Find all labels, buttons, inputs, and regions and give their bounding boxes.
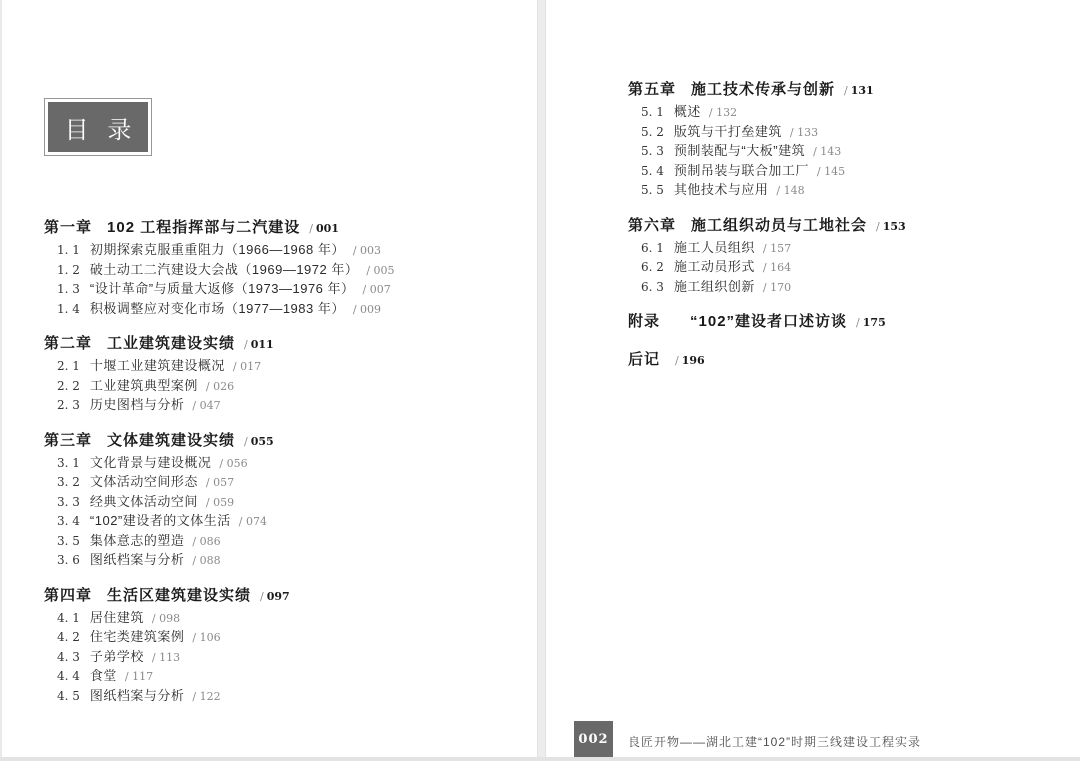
entry-title: 图纸档案与分析 bbox=[90, 688, 185, 703]
entry-title: 工业建筑典型案例 bbox=[90, 378, 198, 393]
entry-number: 3. 6 bbox=[57, 553, 80, 567]
toc-entry: 3. 5集体意志的塑造/ 086 bbox=[44, 532, 395, 552]
right-chapters-flow: 第五章施工技术传承与创新/1315. 1概述/ 1325. 2版筑与干打垒建筑/… bbox=[628, 80, 906, 297]
entry-number: 4. 4 bbox=[57, 669, 80, 683]
entry-number: 5. 1 bbox=[641, 105, 664, 119]
entry-page: / 017 bbox=[233, 360, 261, 373]
page-seam bbox=[537, 0, 546, 761]
entry-number: 2. 1 bbox=[57, 359, 80, 373]
entry-number: 5. 5 bbox=[641, 183, 664, 197]
entry-title: “设计革命”与质量大返修（1973—1976 年） bbox=[90, 281, 355, 296]
entry-page: / 005 bbox=[366, 264, 394, 277]
postscript-page: /196 bbox=[675, 354, 705, 367]
folio-number-badge: 002 bbox=[574, 721, 613, 757]
entry-title: 初期探索克服重重阻力（1966—1968 年） bbox=[90, 242, 345, 257]
entry-page: / 157 bbox=[763, 242, 791, 255]
entry-title: 施工组织创新 bbox=[674, 279, 755, 294]
entry-number: 1. 2 bbox=[57, 263, 80, 277]
entry-page: / 003 bbox=[353, 244, 381, 257]
chapter-page-number: 153 bbox=[883, 220, 906, 233]
chapter-number: 第五章 bbox=[628, 81, 676, 98]
entry-page: / 088 bbox=[192, 554, 220, 567]
entry-title: 施工人员组织 bbox=[674, 240, 755, 255]
entry-page: / 098 bbox=[152, 612, 180, 625]
entry-page: / 170 bbox=[763, 281, 791, 294]
toc-entry: 6. 1施工人员组织/ 157 bbox=[628, 239, 906, 259]
entry-page: / 056 bbox=[219, 457, 247, 470]
chapter-block: 第六章施工组织动员与工地社会/1536. 1施工人员组织/ 1576. 2施工动… bbox=[628, 216, 906, 298]
postscript-label: 后记 bbox=[628, 351, 660, 368]
chapter-number: 第三章 bbox=[44, 432, 92, 449]
entry-number: 4. 5 bbox=[57, 689, 80, 703]
entry-title: 概述 bbox=[674, 104, 701, 119]
chapter-heading: 第六章施工组织动员与工地社会/153 bbox=[628, 216, 906, 236]
entry-title: 经典文体活动空间 bbox=[90, 494, 198, 509]
chapter-number: 第一章 bbox=[44, 219, 92, 236]
postscript-page-number: 196 bbox=[682, 354, 705, 367]
entry-number: 5. 3 bbox=[641, 144, 664, 158]
entry-number: 1. 3 bbox=[57, 282, 80, 296]
toc-title: 目 录 bbox=[48, 102, 148, 152]
appendix-title: “102”建设者口述访谈 bbox=[690, 313, 847, 330]
slash-separator: / bbox=[844, 84, 848, 97]
chapter-page: /153 bbox=[876, 220, 906, 233]
slash-separator: / bbox=[244, 338, 248, 351]
chapter-block: 第五章施工技术传承与创新/1315. 1概述/ 1325. 2版筑与干打垒建筑/… bbox=[628, 80, 906, 201]
toc-entry: 3. 3经典文体活动空间/ 059 bbox=[44, 493, 395, 513]
entry-title: 住宅类建筑案例 bbox=[90, 629, 185, 644]
entry-title: 版筑与干打垒建筑 bbox=[674, 124, 782, 139]
entry-number: 5. 2 bbox=[641, 125, 664, 139]
toc-entry: 1. 3“设计革命”与质量大返修（1973—1976 年）/ 007 bbox=[44, 280, 395, 300]
entry-title: 图纸档案与分析 bbox=[90, 552, 185, 567]
entry-number: 3. 2 bbox=[57, 475, 80, 489]
entry-number: 2. 3 bbox=[57, 398, 80, 412]
entry-title: 历史图档与分析 bbox=[90, 397, 185, 412]
toc-entry: 4. 1居住建筑/ 098 bbox=[44, 609, 395, 629]
chapter-number: 第二章 bbox=[44, 335, 92, 352]
entry-title: “102”建设者的文体生活 bbox=[90, 513, 231, 528]
toc-title-box: 目 录 bbox=[44, 98, 152, 156]
toc-entry: 6. 2施工动员形式/ 164 bbox=[628, 258, 906, 278]
slash-separator: / bbox=[244, 435, 248, 448]
slash-separator: / bbox=[260, 590, 264, 603]
toc-entry: 2. 3历史图档与分析/ 047 bbox=[44, 396, 395, 416]
toc-entry: 4. 4食堂/ 117 bbox=[44, 667, 395, 687]
postscript-entry: 后记/196 bbox=[628, 350, 906, 370]
toc-entry: 4. 2住宅类建筑案例/ 106 bbox=[44, 628, 395, 648]
book-title: 良匠开物——湖北工建“102”时期三线建设工程实录 bbox=[628, 733, 921, 750]
chapter-page-number: 055 bbox=[251, 435, 274, 448]
chapter-number: 第四章 bbox=[44, 587, 92, 604]
toc-entry: 1. 1初期探索克服重重阻力（1966—1968 年）/ 003 bbox=[44, 241, 395, 261]
entry-number: 1. 1 bbox=[57, 243, 80, 257]
chapter-page-number: 097 bbox=[267, 590, 290, 603]
entry-page: / 148 bbox=[776, 184, 804, 197]
entry-title: 预制吊装与联合加工厂 bbox=[674, 163, 809, 178]
bottom-edge bbox=[0, 757, 1080, 761]
toc-entry: 2. 2工业建筑典型案例/ 026 bbox=[44, 377, 395, 397]
chapter-title: 102 工程指挥部与二汽建设 bbox=[107, 219, 300, 236]
entry-page: / 059 bbox=[206, 496, 234, 509]
entry-page: / 122 bbox=[192, 690, 220, 703]
left-page: 目 录 第一章102 工程指挥部与二汽建设/0011. 1初期探索克服重重阻力（… bbox=[2, 0, 537, 761]
toc-entry: 5. 4预制吊装与联合加工厂/ 145 bbox=[628, 162, 906, 182]
entry-title: 文化背景与建设概况 bbox=[90, 455, 212, 470]
chapter-title: 施工技术传承与创新 bbox=[691, 81, 835, 98]
left-chapter-list: 第一章102 工程指挥部与二汽建设/0011. 1初期探索克服重重阻力（1966… bbox=[44, 218, 395, 721]
entry-number: 6. 3 bbox=[641, 280, 664, 294]
entry-number: 6. 2 bbox=[641, 260, 664, 274]
entry-number: 3. 4 bbox=[57, 514, 80, 528]
toc-entry: 5. 1概述/ 132 bbox=[628, 103, 906, 123]
entry-number: 3. 1 bbox=[57, 456, 80, 470]
chapter-heading: 第五章施工技术传承与创新/131 bbox=[628, 80, 906, 100]
right-chapter-list: 第五章施工技术传承与创新/1315. 1概述/ 1325. 2版筑与干打垒建筑/… bbox=[628, 80, 906, 370]
entry-page: / 086 bbox=[192, 535, 220, 548]
entry-page: / 132 bbox=[709, 106, 737, 119]
entry-title: 施工动员形式 bbox=[674, 259, 755, 274]
toc-entry: 1. 4积极调整应对变化市场（1977—1983 年）/ 009 bbox=[44, 300, 395, 320]
chapter-page-number: 011 bbox=[251, 338, 274, 351]
appendix-page: /175 bbox=[856, 316, 886, 329]
chapter-title: 工业建筑建设实绩 bbox=[107, 335, 235, 352]
entry-number: 2. 2 bbox=[57, 379, 80, 393]
entry-page: / 007 bbox=[363, 283, 391, 296]
chapter-page: /097 bbox=[260, 590, 290, 603]
toc-entry: 3. 6图纸档案与分析/ 088 bbox=[44, 551, 395, 571]
toc-entry: 3. 4“102”建设者的文体生活/ 074 bbox=[44, 512, 395, 532]
chapter-title: 文体建筑建设实绩 bbox=[107, 432, 235, 449]
chapter-number: 第六章 bbox=[628, 217, 676, 234]
chapter-block: 第一章102 工程指挥部与二汽建设/0011. 1初期探索克服重重阻力（1966… bbox=[44, 218, 395, 319]
slash-separator: / bbox=[856, 316, 860, 329]
slash-separator: / bbox=[309, 222, 313, 235]
toc-entry: 3. 2文体活动空间形态/ 057 bbox=[44, 473, 395, 493]
chapter-title: 施工组织动员与工地社会 bbox=[691, 217, 867, 234]
toc-entry: 4. 5图纸档案与分析/ 122 bbox=[44, 687, 395, 707]
entry-title: 其他技术与应用 bbox=[674, 182, 769, 197]
entry-title: 集体意志的塑造 bbox=[90, 533, 185, 548]
entry-title: 预制装配与“大板”建筑 bbox=[674, 143, 805, 158]
chapter-page-number: 001 bbox=[316, 222, 339, 235]
entry-page: / 117 bbox=[125, 670, 153, 683]
appendix-entry: 附录“102”建设者口述访谈/175 bbox=[628, 312, 906, 332]
entry-page: / 133 bbox=[790, 126, 818, 139]
toc-entry: 5. 2版筑与干打垒建筑/ 133 bbox=[628, 123, 906, 143]
entry-page: / 143 bbox=[813, 145, 841, 158]
toc-entry: 5. 3预制装配与“大板”建筑/ 143 bbox=[628, 142, 906, 162]
entry-page: / 145 bbox=[817, 165, 845, 178]
chapter-block: 第二章工业建筑建设实绩/0112. 1十堰工业建筑建设概况/ 0172. 2工业… bbox=[44, 334, 395, 416]
chapter-block: 第三章文体建筑建设实绩/0553. 1文化背景与建设概况/ 0563. 2文体活… bbox=[44, 431, 395, 571]
chapter-page: /131 bbox=[844, 84, 874, 97]
entry-page: / 113 bbox=[152, 651, 180, 664]
entry-number: 6. 1 bbox=[641, 241, 664, 255]
entry-page: / 047 bbox=[192, 399, 220, 412]
entry-page: / 057 bbox=[206, 476, 234, 489]
entry-title: 子弟学校 bbox=[90, 649, 144, 664]
entry-number: 3. 3 bbox=[57, 495, 80, 509]
entry-page: / 026 bbox=[206, 380, 234, 393]
entry-title: 文体活动空间形态 bbox=[90, 474, 198, 489]
chapter-page-number: 131 bbox=[851, 84, 874, 97]
entry-page: / 164 bbox=[763, 261, 791, 274]
entry-title: 破土动工二汽建设大会战（1969—1972 年） bbox=[90, 262, 358, 277]
chapter-title: 生活区建筑建设实绩 bbox=[107, 587, 251, 604]
chapter-block: 第四章生活区建筑建设实绩/0974. 1居住建筑/ 0984. 2住宅类建筑案例… bbox=[44, 586, 395, 707]
right-page: 第五章施工技术传承与创新/1315. 1概述/ 1325. 2版筑与干打垒建筑/… bbox=[546, 0, 1080, 761]
appendix-label: 附录 bbox=[628, 313, 660, 330]
entry-number: 3. 5 bbox=[57, 534, 80, 548]
entry-page: / 009 bbox=[353, 303, 381, 316]
chapter-heading: 第四章生活区建筑建设实绩/097 bbox=[44, 586, 395, 606]
chapter-page: /011 bbox=[244, 338, 274, 351]
entry-number: 1. 4 bbox=[57, 302, 80, 316]
chapter-heading: 第二章工业建筑建设实绩/011 bbox=[44, 334, 395, 354]
toc-entry: 4. 3子弟学校/ 113 bbox=[44, 648, 395, 668]
toc-entry: 1. 2破土动工二汽建设大会战（1969—1972 年）/ 005 bbox=[44, 261, 395, 281]
entry-number: 4. 3 bbox=[57, 650, 80, 664]
slash-separator: / bbox=[876, 220, 880, 233]
slash-separator: / bbox=[675, 354, 679, 367]
chapter-page: /001 bbox=[309, 222, 339, 235]
chapter-page: /055 bbox=[244, 435, 274, 448]
toc-entry: 6. 3施工组织创新/ 170 bbox=[628, 278, 906, 298]
chapter-heading: 第三章文体建筑建设实绩/055 bbox=[44, 431, 395, 451]
toc-entry: 2. 1十堰工业建筑建设概况/ 017 bbox=[44, 357, 395, 377]
entry-title: 积极调整应对变化市场（1977—1983 年） bbox=[90, 301, 345, 316]
entry-number: 4. 2 bbox=[57, 630, 80, 644]
entry-title: 十堰工业建筑建设概况 bbox=[90, 358, 225, 373]
entry-title: 居住建筑 bbox=[90, 610, 144, 625]
entry-page: / 106 bbox=[192, 631, 220, 644]
entry-number: 4. 1 bbox=[57, 611, 80, 625]
chapter-heading: 第一章102 工程指挥部与二汽建设/001 bbox=[44, 218, 395, 238]
toc-entry: 5. 5其他技术与应用/ 148 bbox=[628, 181, 906, 201]
entry-title: 食堂 bbox=[90, 668, 117, 683]
entry-page: / 074 bbox=[239, 515, 267, 528]
entry-number: 5. 4 bbox=[641, 164, 664, 178]
toc-entry: 3. 1文化背景与建设概况/ 056 bbox=[44, 454, 395, 474]
appendix-page-number: 175 bbox=[863, 316, 886, 329]
